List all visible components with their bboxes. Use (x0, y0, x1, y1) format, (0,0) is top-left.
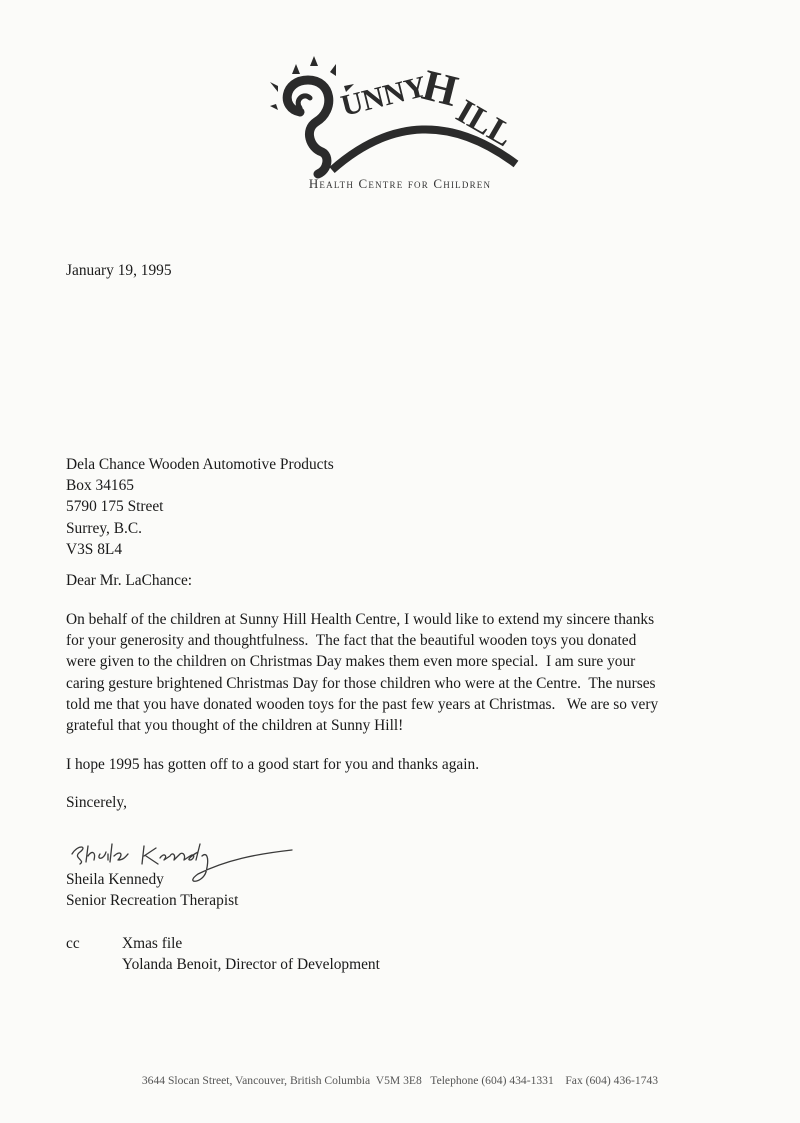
closing: Sincerely, (66, 792, 127, 813)
recipient-line: Dela Chance Wooden Automotive Products (66, 454, 334, 475)
body-line: told me that you have donated wooden toy… (66, 694, 658, 715)
recipient-line: Surrey, B.C. (66, 518, 334, 539)
body-line: caring gesture brightened Christmas Day … (66, 673, 658, 694)
sun-icon: UNNY H ILL (270, 52, 530, 192)
cc-label: cc (66, 933, 80, 954)
cc-recipient: Yolanda Benoit, Director of Development (122, 954, 380, 975)
closing-paragraph: I hope 1995 has gotten off to a good sta… (66, 754, 479, 775)
recipient-line: V3S 8L4 (66, 539, 334, 560)
body-line: for your generosity and thoughtfulness. … (66, 630, 658, 651)
salutation: Dear Mr. LaChance: (66, 570, 192, 591)
signer-title: Senior Recreation Therapist (66, 890, 238, 911)
cc-list: Xmas file Yolanda Benoit, Director of De… (122, 933, 380, 975)
footer-address: 3644 Slocan Street, Vancouver, British C… (142, 1074, 422, 1087)
body-line: were given to the children on Christmas … (66, 651, 658, 672)
recipient-address: Dela Chance Wooden Automotive Products B… (66, 454, 334, 560)
body-line: grateful that you thought of the childre… (66, 715, 658, 736)
footer-fax: Fax (604) 436-1743 (565, 1074, 658, 1087)
svg-text:H: H (418, 60, 463, 116)
sunny-hill-logo: UNNY H ILL (270, 52, 530, 192)
cc-recipient: Xmas file (122, 933, 380, 954)
signer-name: Sheila Kennedy (66, 869, 238, 890)
letter-date: January 19, 1995 (66, 260, 172, 281)
footer-telephone: Telephone (604) 434-1331 (430, 1074, 553, 1087)
recipient-line: Box 34165 (66, 475, 334, 496)
letter-body: On behalf of the children at Sunny Hill … (66, 609, 658, 736)
letterhead-tagline: Health Centre for Children (0, 176, 800, 192)
recipient-line: 5790 175 Street (66, 496, 334, 517)
letterhead-footer: 3644 Slocan Street, Vancouver, British C… (0, 1074, 800, 1087)
body-line: On behalf of the children at Sunny Hill … (66, 609, 658, 630)
signer-block: Sheila Kennedy Senior Recreation Therapi… (66, 869, 238, 911)
svg-text:UNNY: UNNY (338, 70, 430, 123)
